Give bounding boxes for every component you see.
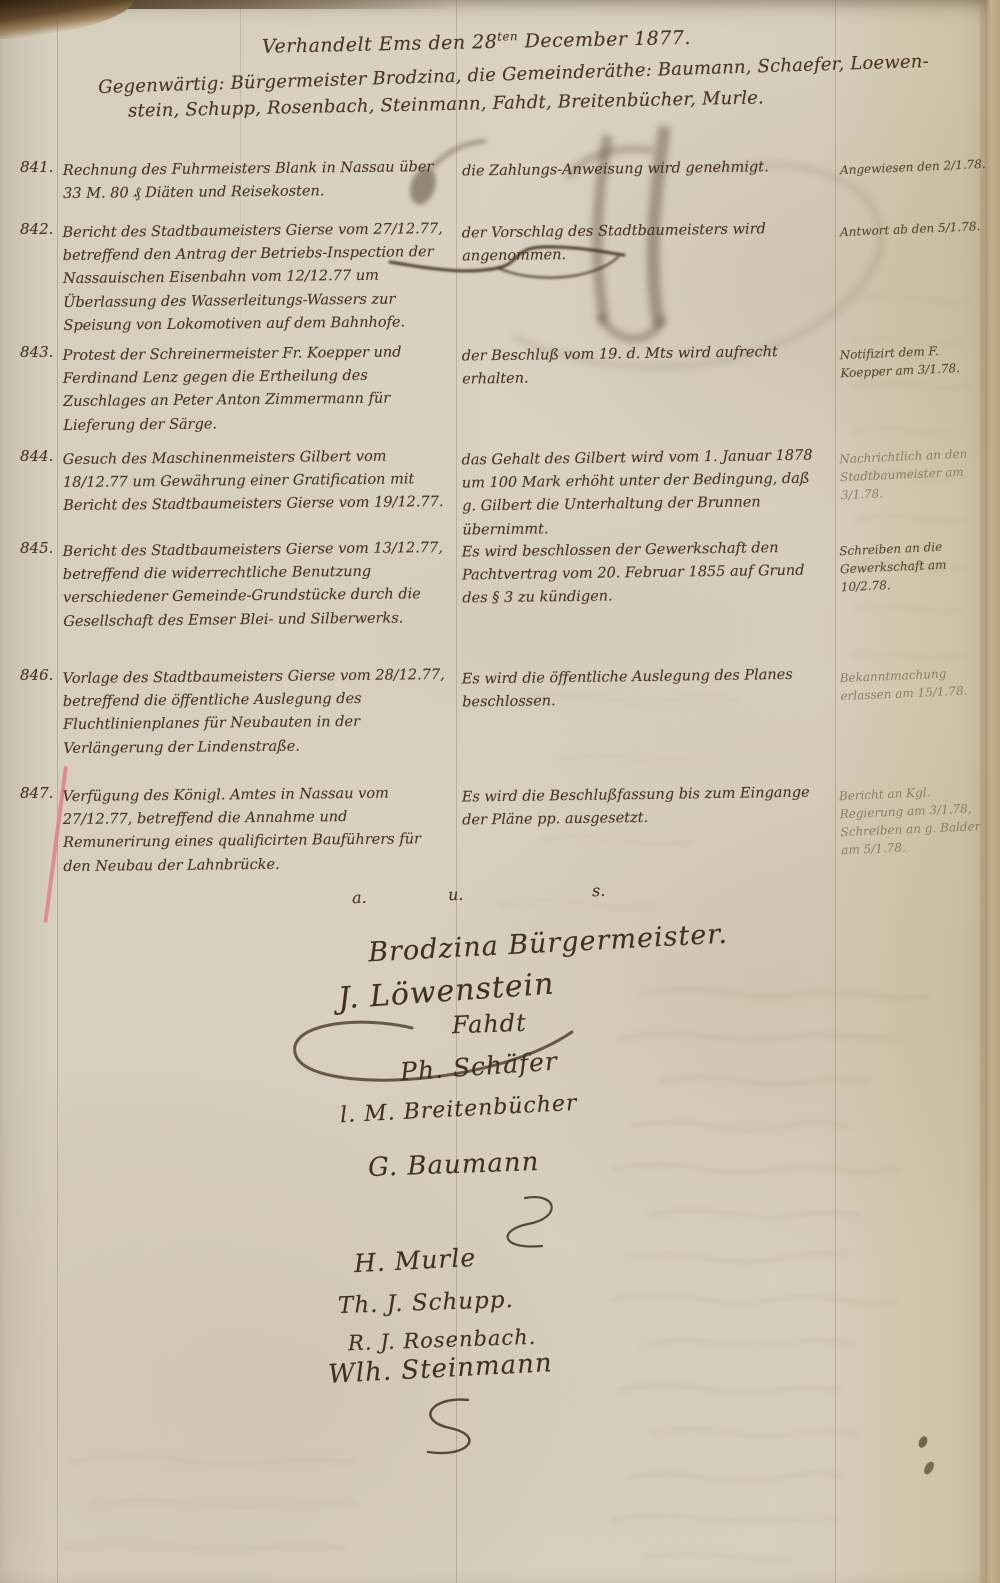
entry-number: 845. (20, 539, 62, 557)
closing-mark-s: s. (592, 881, 606, 900)
entry-note: Antwort ab den 5/1.78. (840, 217, 989, 241)
entry-number: 843. (20, 343, 62, 361)
attendees-line-1: Gegenwärtig: Bürgermeister Brodzina, die… (98, 51, 929, 98)
entry-number: 842. (20, 220, 62, 238)
signature-breitenbuecher: l. M. Breitenbücher (340, 1091, 579, 1128)
signature-brodzina: Brodzina Bürgermeister. (367, 919, 728, 969)
entry-resolution: Es wird die öffentliche Auslegung des Pl… (462, 663, 827, 714)
entry-resolution: die Zahlungs-Anweisung wird genehmigt. (462, 155, 826, 183)
column-rule-divider-2 (835, 0, 836, 1583)
closing-mark-u: u. (448, 885, 464, 905)
entry-subject: Rechnung des Fuhrmeisters Blank in Nassa… (63, 156, 451, 206)
bleed-lines-bottom-right (610, 989, 930, 1559)
signature-schaefer: Ph. Schäfer (399, 1047, 559, 1087)
entry-note: Notifizirt dem F. Koepper am 3/1.78. (839, 340, 988, 382)
entry-subject: Gesuch des Maschinenmeisters Gilbert vom… (63, 445, 452, 519)
closing-mark-a: a. (352, 888, 367, 907)
entry-note: Nachrichtlich an den Stadtbaumeister am … (839, 444, 989, 504)
bleed-lines-bottom-left (64, 1456, 356, 1549)
entry-number: 844. (20, 447, 62, 465)
entry-resolution: der Vorschlag des Stadtbaumeisters wird … (462, 217, 827, 268)
heading-text: Verhandelt Ems den 28 (262, 31, 498, 58)
signature-fahdt: Fahdt (452, 1009, 528, 1040)
entry-note: Angewiesen den 2/1.78. (840, 155, 989, 179)
signature-paraph-1 (508, 1197, 552, 1246)
entry-note: Bekanntmachung erlassen am 15/1.78. (839, 663, 988, 705)
manuscript-page: Verhandelt Ems den 28ten December 1877. … (0, 0, 1000, 1583)
ink-specks (917, 1435, 936, 1476)
entry-resolution: der Beschluß vom 19. d. Mts wird aufrech… (462, 340, 827, 391)
entry-note: Schreiben an die Gewerkschaft am 10/2.78… (839, 536, 989, 596)
entry-number: 846. (20, 666, 62, 684)
heading-text-rest: December 1877. (518, 27, 691, 53)
next-page-edge (985, 0, 1000, 1583)
signature-schupp: Th. J. Schupp. (338, 1287, 515, 1319)
entry-number: 847. (20, 784, 62, 802)
entry-subject: Verfügung des Königl. Amtes in Nassau vo… (63, 782, 452, 879)
entry-subject: Protest der Schreinermeister Fr. Koepper… (63, 341, 452, 438)
entry-subject: Vorlage des Stadtbaumeisters Gierse vom … (63, 664, 452, 761)
entry-resolution: Es wird die Beschlußfassung bis zum Eing… (462, 781, 827, 832)
signature-paraph-2 (428, 1400, 469, 1453)
entry-resolution: das Gehalt des Gilbert wird vom 1. Janua… (461, 444, 826, 542)
signature-murle: H. Murle (353, 1243, 476, 1278)
entry-note: Bericht an Kgl. Regierung am 3/1.78, Sch… (839, 781, 990, 859)
signature-baumann: G. Baumann (368, 1147, 540, 1183)
entry-subject: Bericht des Stadtbaumeisters Gierse vom … (63, 537, 452, 634)
book-binding-corner (0, 0, 138, 43)
entry-subject: Bericht des Stadtbaumeisters Gierse vom … (62, 218, 451, 338)
session-date-heading: Verhandelt Ems den 28ten December 1877. (262, 26, 691, 58)
heading-ordinal-superscript: ten (497, 29, 518, 43)
entry-number: 841. (20, 158, 62, 176)
entry-resolution: Es wird beschlossen der Gewerkschaft den… (462, 536, 827, 611)
